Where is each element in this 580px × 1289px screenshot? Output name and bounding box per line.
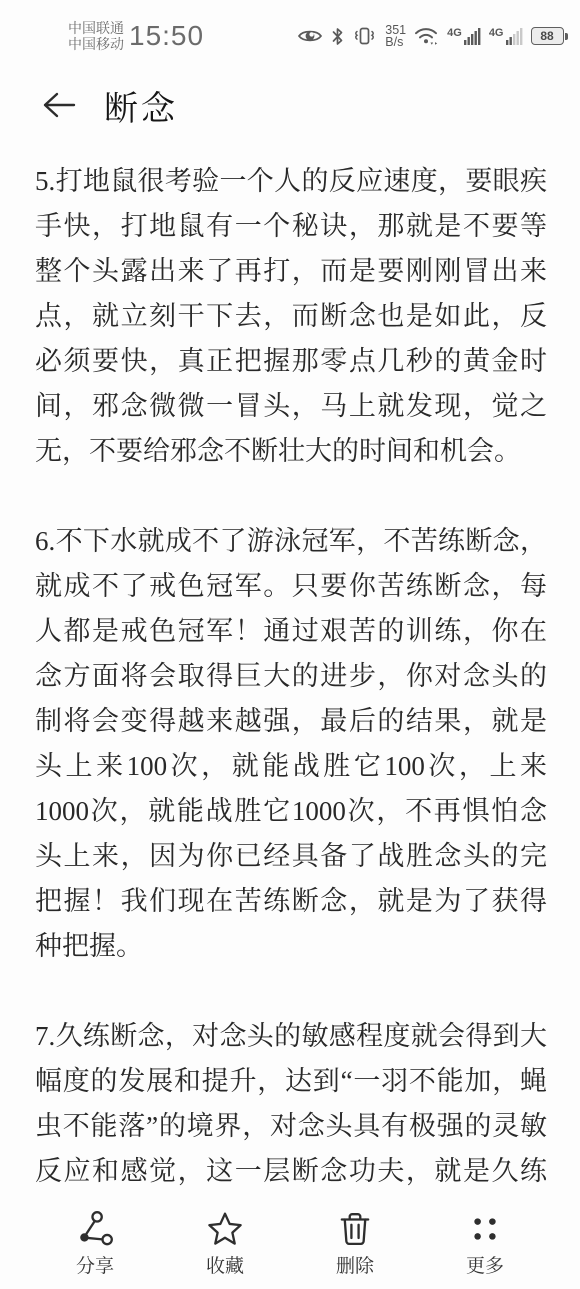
app-screen: 中国联通 中国移动 15:50 (0, 0, 580, 1289)
paragraph: 6.不下水就成不了游泳冠军，不苦练断念，就成不了戒色冠军。只要你苦练断念，每个人… (35, 519, 547, 969)
sim1-signal: 4G (447, 27, 481, 45)
bottom-toolbar: 分享 收藏 删除 更多 (0, 1200, 580, 1289)
text-line: 间，邪念微微一冒头，马上就发现，觉之即 (35, 384, 547, 429)
text-line: 幅度的发展和提升，达到“一羽不能加，蝇 (35, 1059, 547, 1104)
page-title: 断念 (104, 81, 178, 130)
text-line: 就成不了戒色冠军。只要你苦练断念，每个 (35, 564, 547, 609)
sim2-signal: 4G (489, 27, 523, 45)
signal-bars-icon (506, 27, 523, 45)
more-label-delete: 删除 (336, 1251, 374, 1278)
eye-comfort-icon (297, 27, 323, 45)
carrier-1: 中国联通 (68, 20, 124, 36)
more-dots-icon (466, 1210, 504, 1248)
bluetooth-icon (331, 27, 344, 46)
text-line: 把握！我们现在苦练断念，就是为了获得这 (35, 879, 547, 924)
signal-bars-icon (464, 27, 481, 45)
text-line: 6.不下水就成不了游泳冠军，不苦练断念， (35, 519, 547, 564)
text-line: 7.久练断念，对念头的敏感程度就会得到大 (35, 1014, 547, 1059)
status-right: 351 B/s 4G (297, 24, 568, 49)
sim2-network-badge: 4G (489, 27, 504, 39)
star-icon (206, 1210, 244, 1248)
network-speed-unit: B/s (385, 36, 406, 49)
text-line: 虫不能落”的境界，对念头具有极强的灵敏 (35, 1104, 547, 1149)
share-label: 分享 (76, 1251, 114, 1278)
text-line: 念方面将会取得巨大的进步，你对念头的控 (35, 654, 547, 699)
vibrate-icon (352, 27, 377, 45)
wifi-icon (414, 26, 439, 46)
back-arrow-icon (40, 91, 78, 119)
text-line: 制将会变得越来越强，最后的结果，就是念 (35, 699, 547, 744)
favorite-button[interactable]: 收藏 (160, 1200, 290, 1289)
sim1-network-badge: 4G (447, 27, 462, 39)
share-button[interactable]: 分享 (30, 1200, 160, 1289)
battery-icon: 88 (531, 27, 569, 45)
network-speed: 351 B/s (385, 24, 406, 49)
battery-percent: 88 (531, 27, 564, 45)
more-label: 更多 (466, 1251, 504, 1278)
text-line: 头上来，因为你已经具备了战胜念头的完全 (35, 834, 547, 879)
header: 断念 (0, 74, 580, 136)
clock: 15:50 (129, 20, 204, 52)
text-line: 头上来100次，就能战胜它100次，上来 (35, 744, 547, 789)
text-line: 整个头露出来了再打，而是要刚刚冒出来一 (35, 249, 547, 294)
carrier-2: 中国移动 (68, 36, 124, 52)
text-line: 必须要快，真正把握那零点几秒的黄金时 (35, 339, 547, 384)
status-bar: 中国联通 中国移动 15:50 (0, 0, 580, 64)
status-left: 中国联通 中国移动 15:50 (68, 20, 204, 52)
text-line: 反应和感觉，这一层断念功夫，就是久练才 (35, 1149, 547, 1194)
delete-button[interactable]: 删除 (290, 1200, 420, 1289)
text-line: 手快，打地鼠有一个秘诀，那就是不要等到 (35, 204, 547, 249)
text-line: 5.打地鼠很考验一个人的反应速度，要眼疾 (35, 159, 547, 204)
trash-icon (336, 1210, 374, 1248)
text-line: 种把握。 (35, 924, 547, 969)
text-line: 点，就立刻干下去，而断念也是如此，反应 (35, 294, 547, 339)
paragraph: 5.打地鼠很考验一个人的反应速度，要眼疾手快，打地鼠有一个秘诀，那就是不要等到整… (35, 159, 547, 474)
carrier-names: 中国联通 中国移动 (68, 20, 124, 52)
favorite-label: 收藏 (206, 1251, 244, 1278)
text-line: 1000次，就能战胜它1000次，不再惧怕念 (35, 789, 547, 834)
text-line: 人都是戒色冠军！通过艰苦的训练，你在断 (35, 609, 547, 654)
battery-nub (565, 33, 568, 40)
share-icon (76, 1210, 114, 1248)
article-body: 5.打地鼠很考验一个人的反应速度，要眼疾手快，打地鼠有一个秘诀，那就是不要等到整… (35, 159, 547, 1284)
more-button[interactable]: 更多 (420, 1200, 550, 1289)
text-line: 无，不要给邪念不断壮大的时间和机会。 (35, 429, 547, 474)
back-button[interactable] (40, 90, 78, 120)
